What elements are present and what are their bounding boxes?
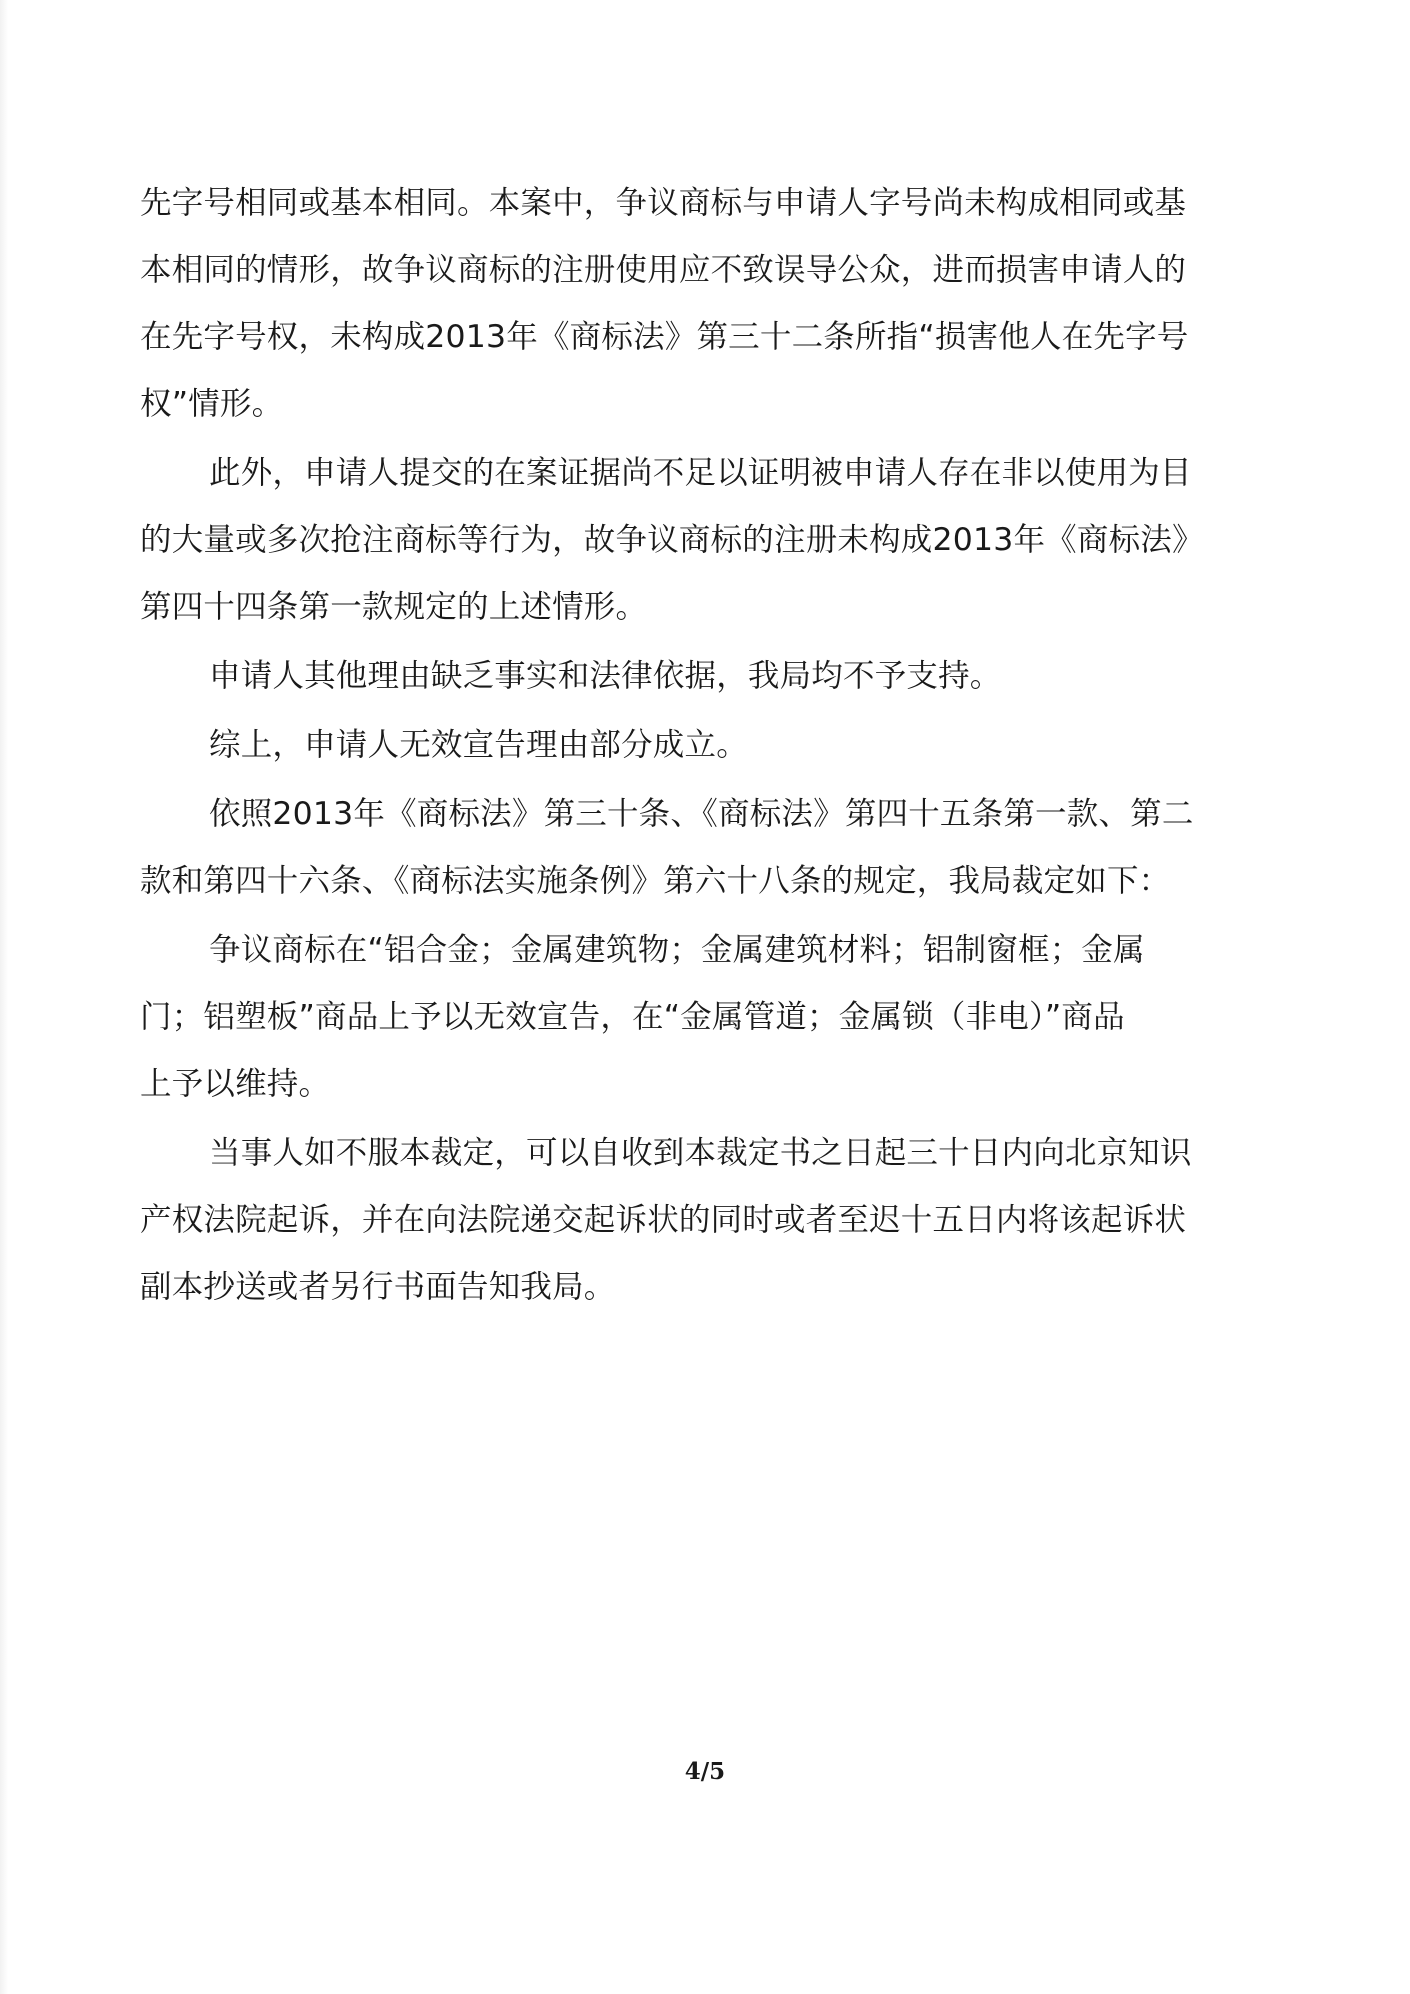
text-line: 本相同的情形，故争议商标的注册使用应不致误导公众，进而损害申请人的 — [140, 237, 1246, 304]
text-line: 副本抄送或者另行书面告知我局。 — [140, 1254, 1246, 1321]
document-body: 先字号相同或基本相同。本案中，争议商标与申请人字号尚未构成相同或基 本相同的情形… — [140, 170, 1246, 1321]
document-page: 先字号相同或基本相同。本案中，争议商标与申请人字号尚未构成相同或基 本相同的情形… — [0, 0, 1410, 1994]
scan-edge-shadow — [0, 0, 8, 1994]
text-line: 先字号相同或基本相同。本案中，争议商标与申请人字号尚未构成相同或基 — [140, 170, 1246, 237]
text-line: 综上，申请人无效宣告理由部分成立。 — [140, 712, 1246, 779]
text-line: 申请人其他理由缺乏事实和法律依据，我局均不予支持。 — [140, 643, 1246, 710]
text-line: 款和第四十六条、《商标法实施条例》第六十八条的规定，我局裁定如下： — [140, 848, 1246, 915]
text-line: 第四十四条第一款规定的上述情形。 — [140, 574, 1246, 641]
text-line: 上予以维持。 — [140, 1051, 1246, 1118]
text-line: 产权法院起诉，并在向法院递交起诉状的同时或者至迟十五日内将该起诉状 — [140, 1187, 1246, 1254]
text-line: 的大量或多次抢注商标等行为，故争议商标的注册未构成2013年《商标法》 — [140, 507, 1246, 574]
text-line: 当事人如不服本裁定，可以自收到本裁定书之日起三十日内向北京知识 — [140, 1120, 1246, 1187]
text-line: 争议商标在“铝合金；金属建筑物；金属建筑材料；铝制窗框；金属 — [140, 917, 1246, 984]
text-line: 依照2013年《商标法》第三十条、《商标法》第四十五条第一款、第二 — [140, 781, 1246, 848]
text-line: 在先字号权，未构成2013年《商标法》第三十二条所指“损害他人在先字号 — [140, 304, 1246, 371]
text-line: 此外，申请人提交的在案证据尚不足以证明被申请人存在非以使用为目 — [140, 440, 1246, 507]
text-line: 权”情形。 — [140, 371, 1246, 438]
page-number: 4/5 — [675, 1758, 735, 1785]
text-line: 门；铝塑板”商品上予以无效宣告，在“金属管道；金属锁（非电）”商品 — [140, 984, 1246, 1051]
